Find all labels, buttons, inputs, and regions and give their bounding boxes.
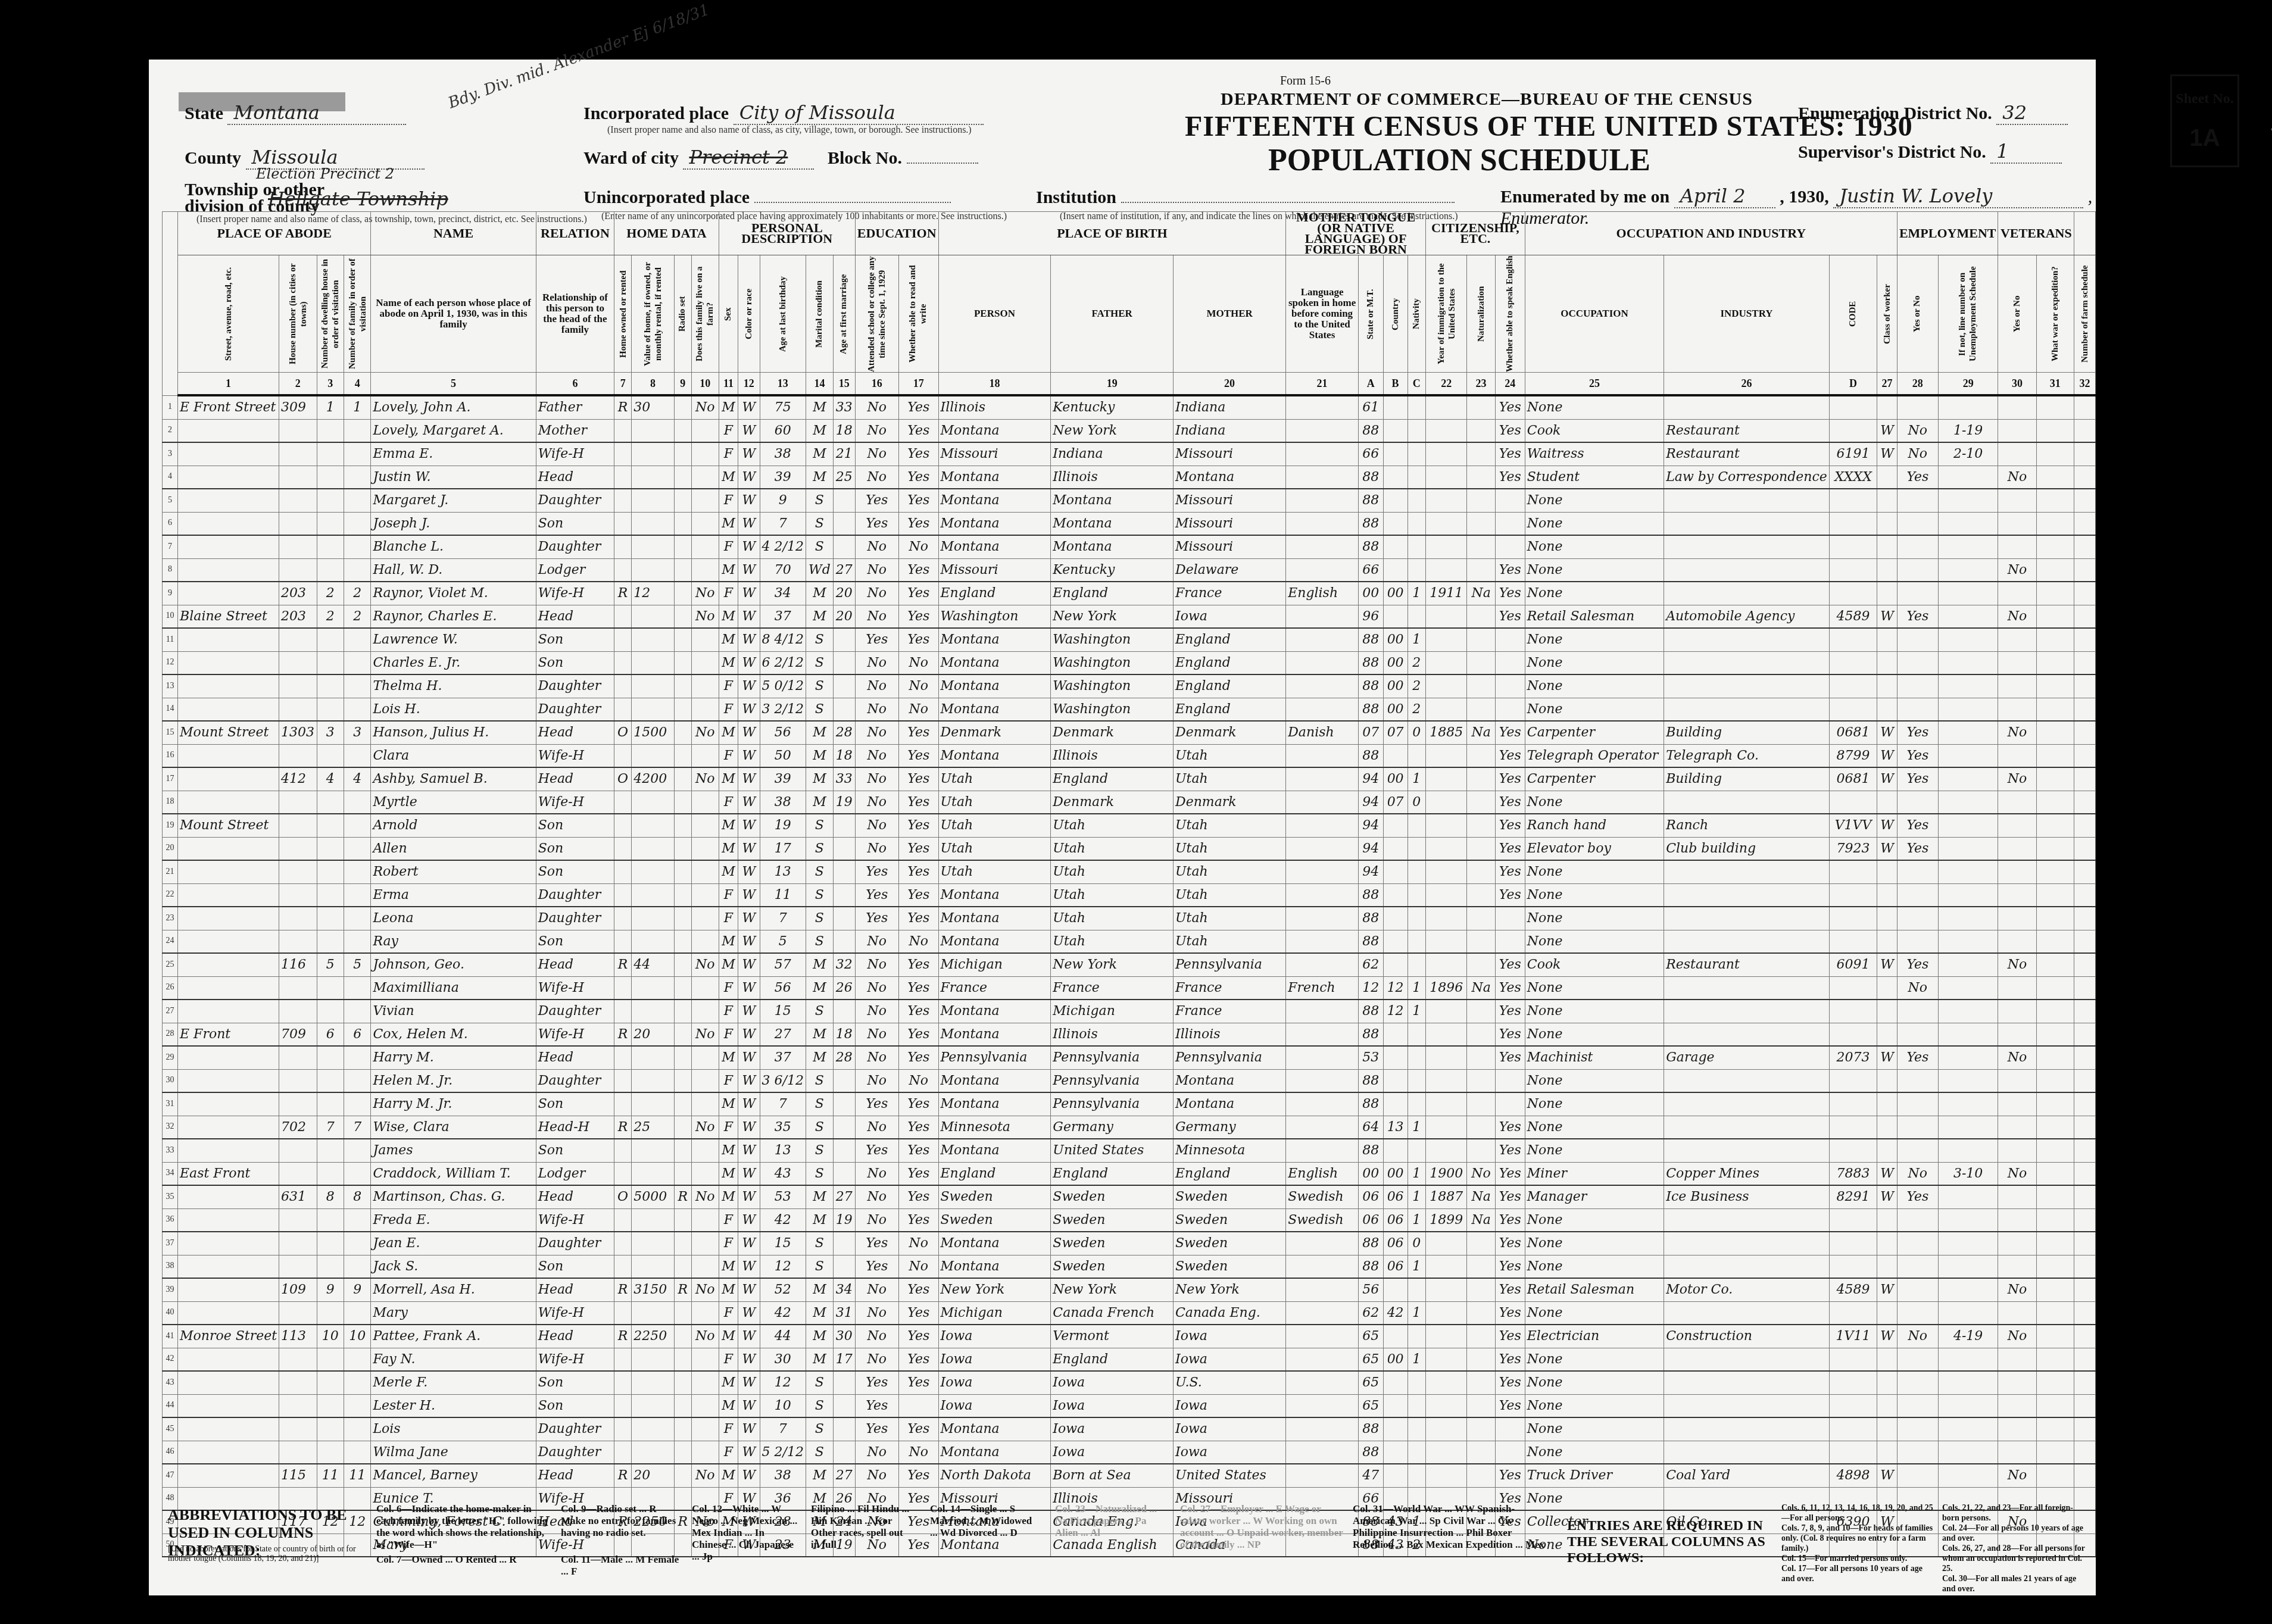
table-row: 2511655Johnson, Geo.HeadR44NoMW57M32NoYe… <box>163 953 2096 976</box>
cell-father-birth: Vermont <box>1051 1325 1174 1348</box>
cell-occupation: None <box>1525 535 1664 558</box>
cell-code-a: 88 <box>1358 628 1383 651</box>
cell-street: Blaine Street <box>178 605 279 628</box>
cell-name: Cox, Helen M. <box>371 1023 536 1046</box>
cell-owned: R <box>614 1464 632 1487</box>
cell-war <box>2036 721 2074 744</box>
cell-code-c: 1 <box>1407 582 1425 605</box>
column-header: CODE <box>1829 255 1877 373</box>
cell-age: 38 <box>760 791 806 814</box>
cell-farm <box>691 1371 719 1394</box>
cell-relation: Daughter <box>536 1417 614 1441</box>
cell-father-birth: Illinois <box>1051 1023 1174 1046</box>
cell-street: Mount Street <box>178 814 279 837</box>
cell-dwelling <box>317 466 344 489</box>
cell-read: Yes <box>898 558 938 582</box>
cell-industry <box>1664 1000 1830 1023</box>
cell-work <box>1897 651 1938 674</box>
cell-unemp <box>1938 1208 1998 1232</box>
cell-unemp <box>1938 395 1998 419</box>
cell-owned <box>614 883 632 907</box>
cell-unemp <box>1938 930 1998 953</box>
cell-name: Hall, W. D. <box>371 558 536 582</box>
cell-marital: S <box>806 1417 833 1441</box>
cell-value <box>632 419 675 442</box>
cell-dwelling <box>317 1092 344 1116</box>
cell-farm <box>691 1255 719 1278</box>
cell-house: 203 <box>279 605 317 628</box>
cell-work <box>1897 883 1938 907</box>
cell-work <box>1897 535 1938 558</box>
cell-vet <box>1998 1232 2036 1255</box>
cell-school: No <box>855 1208 898 1232</box>
column-number: 30 <box>1998 373 2036 396</box>
supervisor-value: 1 <box>1996 140 2008 163</box>
cell-farm-sched <box>2074 1069 2096 1092</box>
cell-read: No <box>898 651 938 674</box>
cell-war <box>2036 558 2074 582</box>
cell-name: Raynor, Charles E. <box>371 605 536 628</box>
cell-relation: Daughter <box>536 883 614 907</box>
cell-code-c: 1 <box>1407 1208 1425 1232</box>
cell-mother-birth: Missouri <box>1174 442 1286 466</box>
block-value <box>907 163 978 164</box>
cell-read: No <box>898 1069 938 1092</box>
cell-family <box>344 883 371 907</box>
cell-natur <box>1467 1023 1495 1046</box>
cell-owned <box>614 512 632 535</box>
cell-birth: Montana <box>938 1092 1051 1116</box>
cell-mother-birth: Iowa <box>1174 605 1286 628</box>
cell-work: Yes <box>1897 466 1938 489</box>
cell-read: No <box>898 1441 938 1464</box>
cell-work <box>1897 698 1938 721</box>
cell-code-a: 88 <box>1358 674 1383 698</box>
cell-name: Jack S. <box>371 1255 536 1278</box>
cell-marital: S <box>806 1139 833 1162</box>
cell-vet <box>1998 1208 2036 1232</box>
cell-work <box>1897 1069 1938 1092</box>
cell-dwelling <box>317 791 344 814</box>
table-row: 45LoisDaughterFW7SYesYesMontanaIowaIowa8… <box>163 1417 2096 1441</box>
cell-industry <box>1664 1255 1830 1278</box>
cell-marital: S <box>806 1394 833 1417</box>
cell-code-a: 61 <box>1358 395 1383 419</box>
cell-marital: S <box>806 1441 833 1464</box>
cell-age-marriage: 30 <box>833 1325 855 1348</box>
cell-race: W <box>738 489 760 512</box>
cell-english <box>1495 628 1525 651</box>
cell-dwelling <box>317 558 344 582</box>
cell-language <box>1286 651 1359 674</box>
cell-farm <box>691 1441 719 1464</box>
line-number: 6 <box>163 512 178 535</box>
cell-birth: Montana <box>938 883 1051 907</box>
cell-language <box>1286 1278 1359 1301</box>
cell-code-a: 88 <box>1358 1441 1383 1464</box>
cell-farm <box>691 930 719 953</box>
cell-industry: Telegraph Co. <box>1664 744 1830 767</box>
cell-farm-sched <box>2074 721 2096 744</box>
cell-school: Yes <box>855 1092 898 1116</box>
cell-code-d <box>1829 651 1877 674</box>
column-number: 12 <box>738 373 760 396</box>
cell-school: No <box>855 466 898 489</box>
cell-read: Yes <box>898 1208 938 1232</box>
column-number: 7 <box>614 373 632 396</box>
cell-code-d <box>1829 1092 1877 1116</box>
cell-house: 702 <box>279 1116 317 1139</box>
cell-code-b: 00 <box>1383 1348 1407 1371</box>
column-number: 31 <box>2036 373 2074 396</box>
cell-marital: S <box>806 1232 833 1255</box>
column-number: 21 <box>1286 373 1359 396</box>
cell-marital: S <box>806 1116 833 1139</box>
cell-mother-birth: Minnesota <box>1174 1139 1286 1162</box>
cell-work: No <box>1897 1325 1938 1348</box>
cell-age-marriage: 17 <box>833 1348 855 1371</box>
cell-school: No <box>855 395 898 419</box>
cell-unemp <box>1938 1069 1998 1092</box>
cell-value <box>632 489 675 512</box>
cell-name: Erma <box>371 883 536 907</box>
cell-race: W <box>738 1092 760 1116</box>
cell-name: Hanson, Julius H. <box>371 721 536 744</box>
cell-unemp: 3-10 <box>1938 1162 1998 1185</box>
cell-vet <box>1998 883 2036 907</box>
cell-age-marriage: 27 <box>833 1464 855 1487</box>
cell-immig <box>1426 767 1467 791</box>
line-number: 16 <box>163 744 178 767</box>
cell-code-d <box>1829 698 1877 721</box>
cell-race: W <box>738 1464 760 1487</box>
cell-father-birth: Pennsylvania <box>1051 1046 1174 1069</box>
cell-code-d: 8291 <box>1829 1185 1877 1208</box>
cell-class <box>1877 698 1898 721</box>
cell-street <box>178 1255 279 1278</box>
cell-language <box>1286 1301 1359 1325</box>
cell-read: Yes <box>898 1000 938 1023</box>
cell-family: 7 <box>344 1116 371 1139</box>
cell-code-b: 06 <box>1383 1232 1407 1255</box>
cell-class <box>1877 535 1898 558</box>
column-number: 13 <box>760 373 806 396</box>
cell-dwelling: 3 <box>317 721 344 744</box>
cell-mother-birth: Utah <box>1174 883 1286 907</box>
cell-radio <box>674 1371 691 1394</box>
cell-street <box>178 512 279 535</box>
cell-sex: M <box>719 930 738 953</box>
cell-race: W <box>738 442 760 466</box>
cell-occupation: None <box>1525 674 1664 698</box>
cell-relation: Wife-H <box>536 442 614 466</box>
cell-industry <box>1664 674 1830 698</box>
cell-vet <box>1998 395 2036 419</box>
cell-code-a: 94 <box>1358 791 1383 814</box>
cell-language <box>1286 1139 1359 1162</box>
cell-work: Yes <box>1897 767 1938 791</box>
table-row: 20AllenSonMW17SNoYesUtahUtahUtah94YesEle… <box>163 837 2096 860</box>
cell-immig <box>1426 558 1467 582</box>
cell-industry <box>1664 1139 1830 1162</box>
cell-mother-birth: Utah <box>1174 837 1286 860</box>
cell-name: Margaret J. <box>371 489 536 512</box>
cell-code-c <box>1407 744 1425 767</box>
cell-natur <box>1467 1116 1495 1139</box>
cell-code-d <box>1829 1394 1877 1417</box>
cell-race: W <box>738 814 760 837</box>
cell-relation: Head <box>536 953 614 976</box>
cell-immig <box>1426 419 1467 442</box>
cell-vet <box>1998 651 2036 674</box>
cell-war <box>2036 883 2074 907</box>
cell-school: Yes <box>855 1371 898 1394</box>
cell-family: 4 <box>344 767 371 791</box>
cell-english: Yes <box>1495 837 1525 860</box>
table-row: 41Monroe Street1131010Pattee, Frank A.He… <box>163 1325 2096 1348</box>
cell-industry <box>1664 1371 1830 1394</box>
column-header: Yes or No <box>1998 255 2036 373</box>
cell-marital: S <box>806 1255 833 1278</box>
cell-school: Yes <box>855 883 898 907</box>
cell-family <box>344 1139 371 1162</box>
cell-language <box>1286 1116 1359 1139</box>
cell-natur <box>1467 466 1495 489</box>
cell-code-b <box>1383 1417 1407 1441</box>
cell-farm <box>691 512 719 535</box>
cell-language <box>1286 1394 1359 1417</box>
cell-radio <box>674 883 691 907</box>
cell-work <box>1897 558 1938 582</box>
cell-work: Yes <box>1897 837 1938 860</box>
cell-name: Lovely, John A. <box>371 395 536 419</box>
cell-street <box>178 466 279 489</box>
cell-code-c <box>1407 1139 1425 1162</box>
cell-code-a: 12 <box>1358 976 1383 1000</box>
cell-dwelling <box>317 930 344 953</box>
cell-radio <box>674 1464 691 1487</box>
cell-relation: Daughter <box>536 535 614 558</box>
cell-street <box>178 953 279 976</box>
cell-code-a: 94 <box>1358 837 1383 860</box>
cell-language <box>1286 1232 1359 1255</box>
cell-occupation: None <box>1525 1255 1664 1278</box>
cell-value: 25 <box>632 1116 675 1139</box>
cell-dwelling: 10 <box>317 1325 344 1348</box>
cell-marital: M <box>806 466 833 489</box>
cell-school: No <box>855 1046 898 1069</box>
cell-school: No <box>855 930 898 953</box>
cell-read: No <box>898 535 938 558</box>
cell-farm <box>691 860 719 883</box>
line-number: 14 <box>163 698 178 721</box>
cell-code-d <box>1829 791 1877 814</box>
cell-code-c: 1 <box>1407 1000 1425 1023</box>
department: DEPARTMENT OF COMMERCE—BUREAU OF THE CEN… <box>1221 89 1753 110</box>
cell-father-birth: United States <box>1051 1139 1174 1162</box>
cell-house <box>279 1371 317 1394</box>
cell-code-b <box>1383 1092 1407 1116</box>
column-number: 27 <box>1877 373 1898 396</box>
cell-sex: F <box>719 1000 738 1023</box>
cell-radio <box>674 814 691 837</box>
cell-dwelling <box>317 1417 344 1441</box>
cell-name: Allen <box>371 837 536 860</box>
cell-family <box>344 791 371 814</box>
cell-mother-birth: Sweden <box>1174 1232 1286 1255</box>
column-header: Number of family in order of visitation <box>344 255 371 373</box>
cell-owned <box>614 1255 632 1278</box>
cell-vet <box>1998 1394 2036 1417</box>
cell-mother-birth: Montana <box>1174 1069 1286 1092</box>
column-number: 32 <box>2074 373 2096 396</box>
cell-code-c <box>1407 558 1425 582</box>
cell-vet: No <box>1998 1464 2036 1487</box>
cell-war <box>2036 1139 2074 1162</box>
cell-name: Lovely, Margaret A. <box>371 419 536 442</box>
cell-english: Yes <box>1495 442 1525 466</box>
instructions-footer: ABBREVIATIONS TO BE USED IN COLUMNS INDI… <box>162 1500 2079 1578</box>
cell-father-birth: Kentucky <box>1051 558 1174 582</box>
cell-code-b <box>1383 605 1407 628</box>
cell-immig <box>1426 628 1467 651</box>
cell-language: English <box>1286 582 1359 605</box>
cell-relation: Son <box>536 628 614 651</box>
cell-school: Yes <box>855 628 898 651</box>
cell-occupation: Retail Salesman <box>1525 605 1664 628</box>
cell-code-d <box>1829 907 1877 930</box>
cell-farm-sched <box>2074 1208 2096 1232</box>
cell-race: W <box>738 558 760 582</box>
cell-english: Yes <box>1495 419 1525 442</box>
cell-race: W <box>738 674 760 698</box>
cell-class: W <box>1877 744 1898 767</box>
col9-note: Col. 9—Radio set ... R Make no entry for… <box>561 1503 680 1539</box>
cell-sex: F <box>719 1069 738 1092</box>
cell-code-a: 88 <box>1358 535 1383 558</box>
cell-code-c <box>1407 907 1425 930</box>
cell-read: Yes <box>898 791 938 814</box>
cell-dwelling <box>317 1139 344 1162</box>
cell-vet: No <box>1998 1162 2036 1185</box>
township-value: Hellgate Township <box>268 188 448 210</box>
cell-war <box>2036 791 2074 814</box>
cell-father-birth: New York <box>1051 953 1174 976</box>
cell-unemp <box>1938 1394 1998 1417</box>
cell-family <box>344 442 371 466</box>
cell-school: No <box>855 744 898 767</box>
cell-language <box>1286 1000 1359 1023</box>
cell-code-a: 88 <box>1358 1069 1383 1092</box>
cell-work <box>1897 1394 1938 1417</box>
cell-birth: Montana <box>938 1069 1051 1092</box>
cell-english: Yes <box>1495 1046 1525 1069</box>
column-number: 9 <box>674 373 691 396</box>
cell-english: Yes <box>1495 1371 1525 1394</box>
cell-mother-birth: Montana <box>1174 1092 1286 1116</box>
cell-vet <box>1998 976 2036 1000</box>
cell-owned <box>614 628 632 651</box>
cell-code-d: 7923 <box>1829 837 1877 860</box>
cell-occupation: None <box>1525 512 1664 535</box>
cell-relation: Head <box>536 1278 614 1301</box>
line-number: 34 <box>163 1162 178 1185</box>
cell-farm-sched <box>2074 953 2096 976</box>
cell-radio <box>674 558 691 582</box>
cell-house <box>279 698 317 721</box>
cell-war <box>2036 1371 2074 1394</box>
cell-code-b <box>1383 1139 1407 1162</box>
cell-value <box>632 1371 675 1394</box>
cell-natur: No <box>1467 1162 1495 1185</box>
column-header: Marital condition <box>806 255 833 373</box>
cell-war <box>2036 744 2074 767</box>
cell-english <box>1495 930 1525 953</box>
cell-dwelling <box>317 698 344 721</box>
cell-value: 12 <box>632 582 675 605</box>
column-header: Radio set <box>674 255 691 373</box>
cell-english: Yes <box>1495 1232 1525 1255</box>
cell-war <box>2036 395 2074 419</box>
cell-farm <box>691 1046 719 1069</box>
cell-race: W <box>738 395 760 419</box>
cell-occupation: None <box>1525 1116 1664 1139</box>
table-row: 46Wilma JaneDaughterFW5 2/12SNoNoMontana… <box>163 1441 2096 1464</box>
cell-street <box>178 1000 279 1023</box>
cell-birth: Michigan <box>938 1301 1051 1325</box>
cell-age: 15 <box>760 1000 806 1023</box>
cell-age-marriage: 33 <box>833 395 855 419</box>
cell-work <box>1897 628 1938 651</box>
cell-dwelling <box>317 419 344 442</box>
cell-value <box>632 744 675 767</box>
cell-code-c: 2 <box>1407 674 1425 698</box>
cell-code-d <box>1829 582 1877 605</box>
cell-class <box>1877 674 1898 698</box>
cell-street <box>178 930 279 953</box>
cell-vet <box>1998 442 2036 466</box>
cell-read: Yes <box>898 837 938 860</box>
cell-radio <box>674 582 691 605</box>
cell-occupation: None <box>1525 628 1664 651</box>
ed-field: Enumeration District No. 32 <box>1798 101 2068 125</box>
cell-marital: S <box>806 860 833 883</box>
cell-code-a: 88 <box>1358 744 1383 767</box>
cell-code-c <box>1407 883 1425 907</box>
cell-radio <box>674 1394 691 1417</box>
cell-read: Yes <box>898 883 938 907</box>
cell-family <box>344 512 371 535</box>
cell-industry: Building <box>1664 721 1830 744</box>
table-row: 38Jack S.SonMW12SYesNoMontanaSwedenSwede… <box>163 1255 2096 1278</box>
cell-class <box>1877 1255 1898 1278</box>
cell-code-c <box>1407 466 1425 489</box>
cell-mother-birth: England <box>1174 651 1286 674</box>
cell-english: Yes <box>1495 744 1525 767</box>
cell-natur <box>1467 628 1495 651</box>
cell-code-d: 4898 <box>1829 1464 1877 1487</box>
cell-class <box>1877 883 1898 907</box>
cell-class: W <box>1877 767 1898 791</box>
cell-war <box>2036 860 2074 883</box>
cell-code-d <box>1829 1417 1877 1441</box>
cell-sex: F <box>719 674 738 698</box>
column-header: INDUSTRY <box>1664 255 1830 373</box>
cell-owned <box>614 1371 632 1394</box>
cell-sex: M <box>719 860 738 883</box>
cell-mother-birth: France <box>1174 976 1286 1000</box>
table-row: 14Lois H.DaughterFW3 2/12SNoNoMontanaWas… <box>163 698 2096 721</box>
